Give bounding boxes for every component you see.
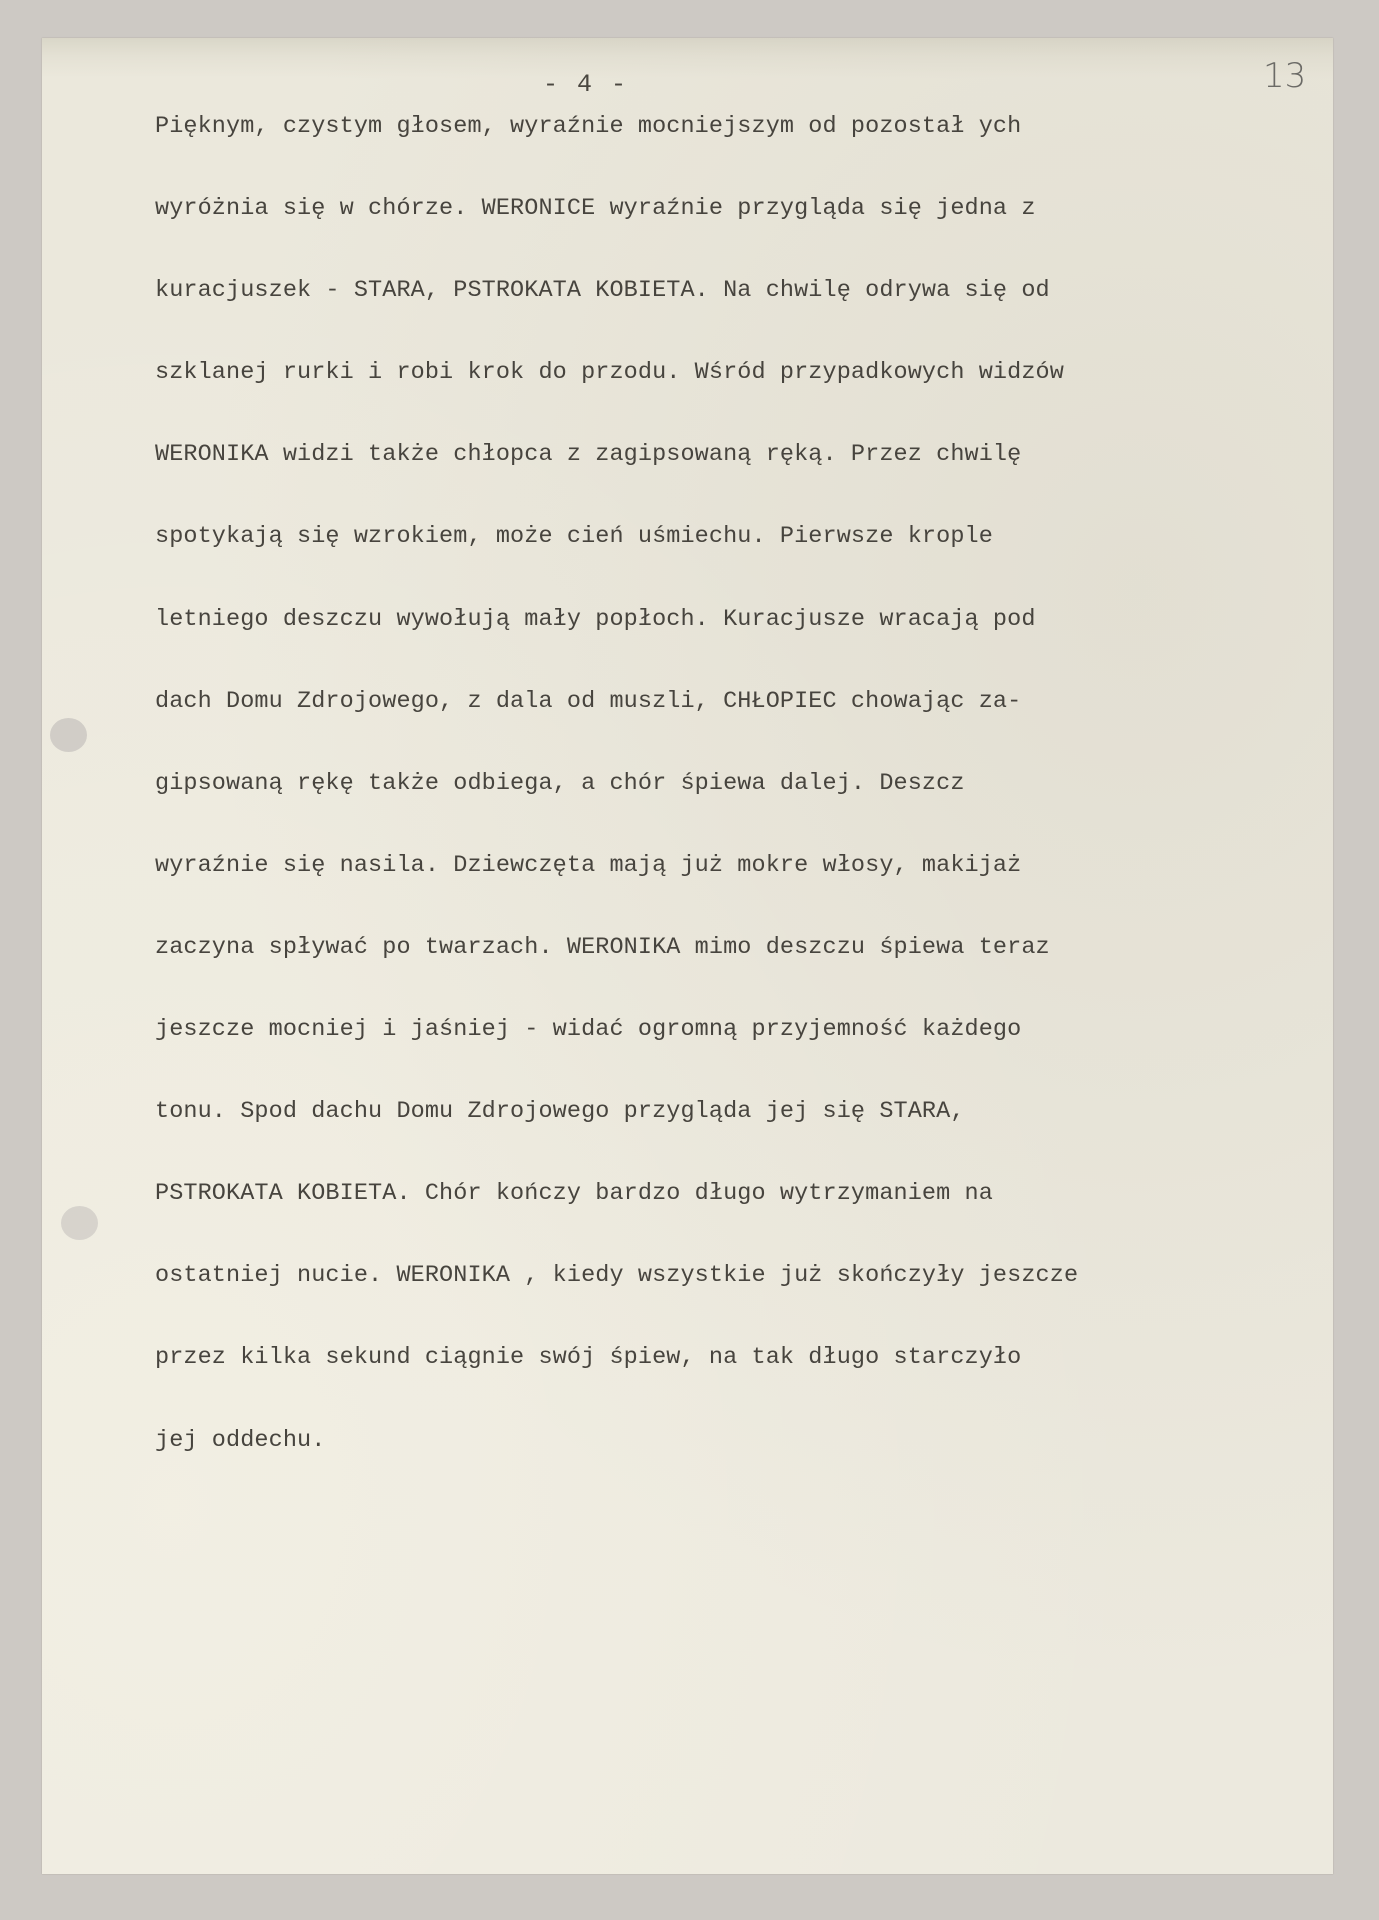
text-line: wyróżnia się w chórze. WERONICE wyraźnie… bbox=[155, 190, 1305, 272]
text-line: wyraźnie się nasila. Dziewczęta mają już… bbox=[155, 847, 1305, 929]
text-line: przez kilka sekund ciągnie swój śpiew, n… bbox=[155, 1339, 1305, 1421]
punch-hole-bottom bbox=[61, 1206, 98, 1240]
text-line: jeszcze mocniej i jaśniej - widać ogromn… bbox=[155, 1011, 1305, 1093]
page-number: - 4 - bbox=[543, 70, 628, 99]
text-line: dach Domu Zdrojowego, z dala od muszli, … bbox=[155, 683, 1305, 765]
text-line: Pięknym, czystym głosem, wyraźnie mocnie… bbox=[155, 108, 1305, 190]
text-line: tonu. Spod dachu Domu Zdrojowego przyglą… bbox=[155, 1093, 1305, 1175]
punch-hole-top bbox=[50, 718, 87, 752]
text-line: kuracjuszek - STARA, PSTROKATA KOBIETA. … bbox=[155, 272, 1305, 354]
text-line: PSTROKATA KOBIETA. Chór kończy bardzo dł… bbox=[155, 1175, 1305, 1257]
text-line: ostatniej nucie. WERONIKA , kiedy wszyst… bbox=[155, 1257, 1305, 1339]
text-line: spotykają się wzrokiem, może cień uśmiec… bbox=[155, 518, 1305, 600]
archive-number: 13 bbox=[1263, 56, 1306, 96]
text-line: jej oddechu. bbox=[155, 1422, 1305, 1504]
text-line: gipsowaną rękę także odbiega, a chór śpi… bbox=[155, 765, 1305, 847]
text-line: szklanej rurki i robi krok do przodu. Wś… bbox=[155, 354, 1305, 436]
text-line: zaczyna spływać po twarzach. WERONIKA mi… bbox=[155, 929, 1305, 1011]
body-text: Pięknym, czystym głosem, wyraźnie mocnie… bbox=[155, 108, 1305, 1504]
text-line: WERONIKA widzi także chłopca z zagipsowa… bbox=[155, 436, 1305, 518]
text-line: letniego deszczu wywołują mały popłoch. … bbox=[155, 601, 1305, 683]
